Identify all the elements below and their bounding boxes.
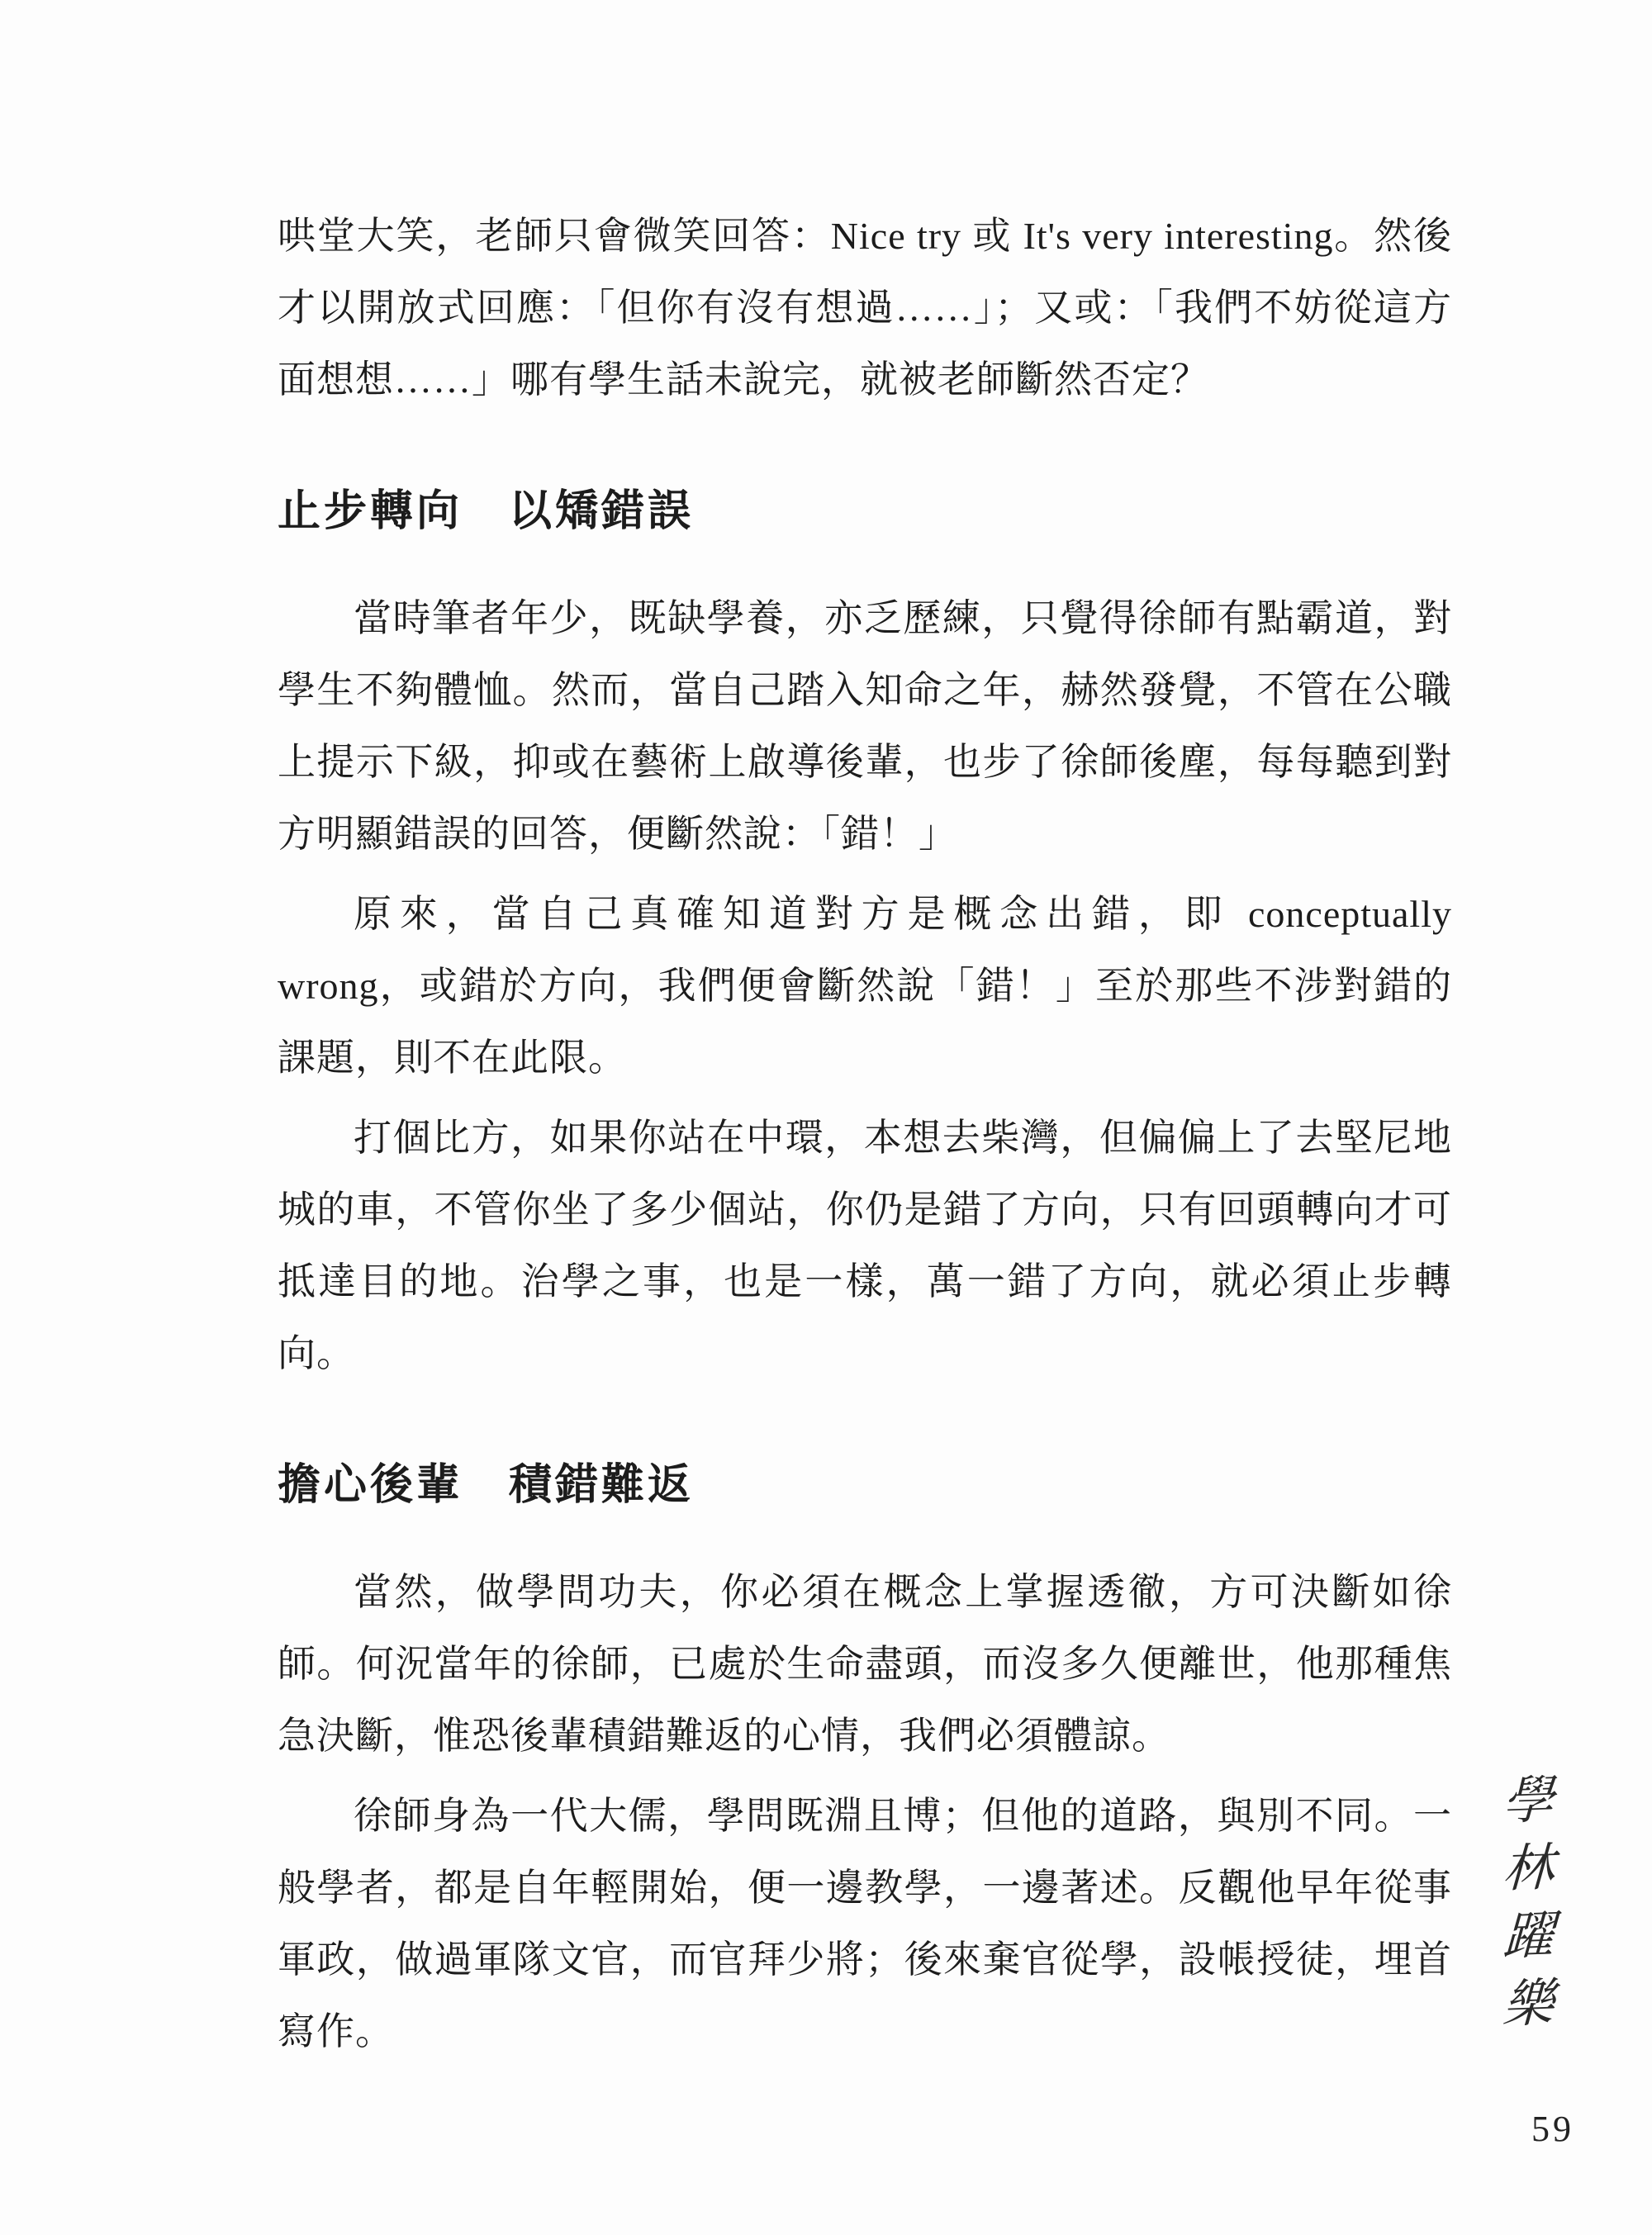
side-caption-char: 林: [1502, 1841, 1555, 1897]
intro-paragraph: 哄堂大笑，老師只會微笑回答：Nice try 或 It's very inter…: [278, 200, 1452, 415]
page-number: 59: [1520, 2108, 1586, 2150]
body-paragraph: 徐師身為一代大儒，學問既淵且博；但他的道路，與別不同。一般學者，都是自年輕開始，…: [278, 1780, 1452, 2067]
section-heading-worry-juniors: 擔心後輩 積錯難返: [278, 1460, 1452, 1511]
side-caption-char: 躍: [1502, 1909, 1555, 1965]
side-caption-calligraphy: 學 林 躍 樂: [1493, 1774, 1563, 2032]
side-caption-char: 學: [1502, 1773, 1555, 1829]
book-page: 哄堂大笑，老師只會微笑回答：Nice try 或 It's very inter…: [0, 0, 1652, 2235]
section-heading-stop-and-turn: 止步轉向 以矯錯誤: [278, 486, 1452, 538]
body-paragraph: 打個比方，如果你站在中環，本想去柴灣，但偏偏上了去堅尼地城的車，不管你坐了多少個…: [278, 1102, 1452, 1389]
body-paragraph: 當然，做學問功夫，你必須在概念上掌握透徹，方可決斷如徐師。何況當年的徐師，已處於…: [278, 1556, 1452, 1772]
side-caption-char: 樂: [1502, 1976, 1555, 2033]
body-paragraph: 當時筆者年少，既缺學養，亦乏歷練，只覺得徐師有點霸道，對學生不夠體恤。然而，當自…: [278, 582, 1452, 870]
text-block: 哄堂大笑，老師只會微笑回答：Nice try 或 It's very inter…: [278, 200, 1452, 2076]
body-paragraph: 原來，當自己真確知道對方是概念出錯，即 conceptually wrong，或…: [278, 878, 1452, 1094]
